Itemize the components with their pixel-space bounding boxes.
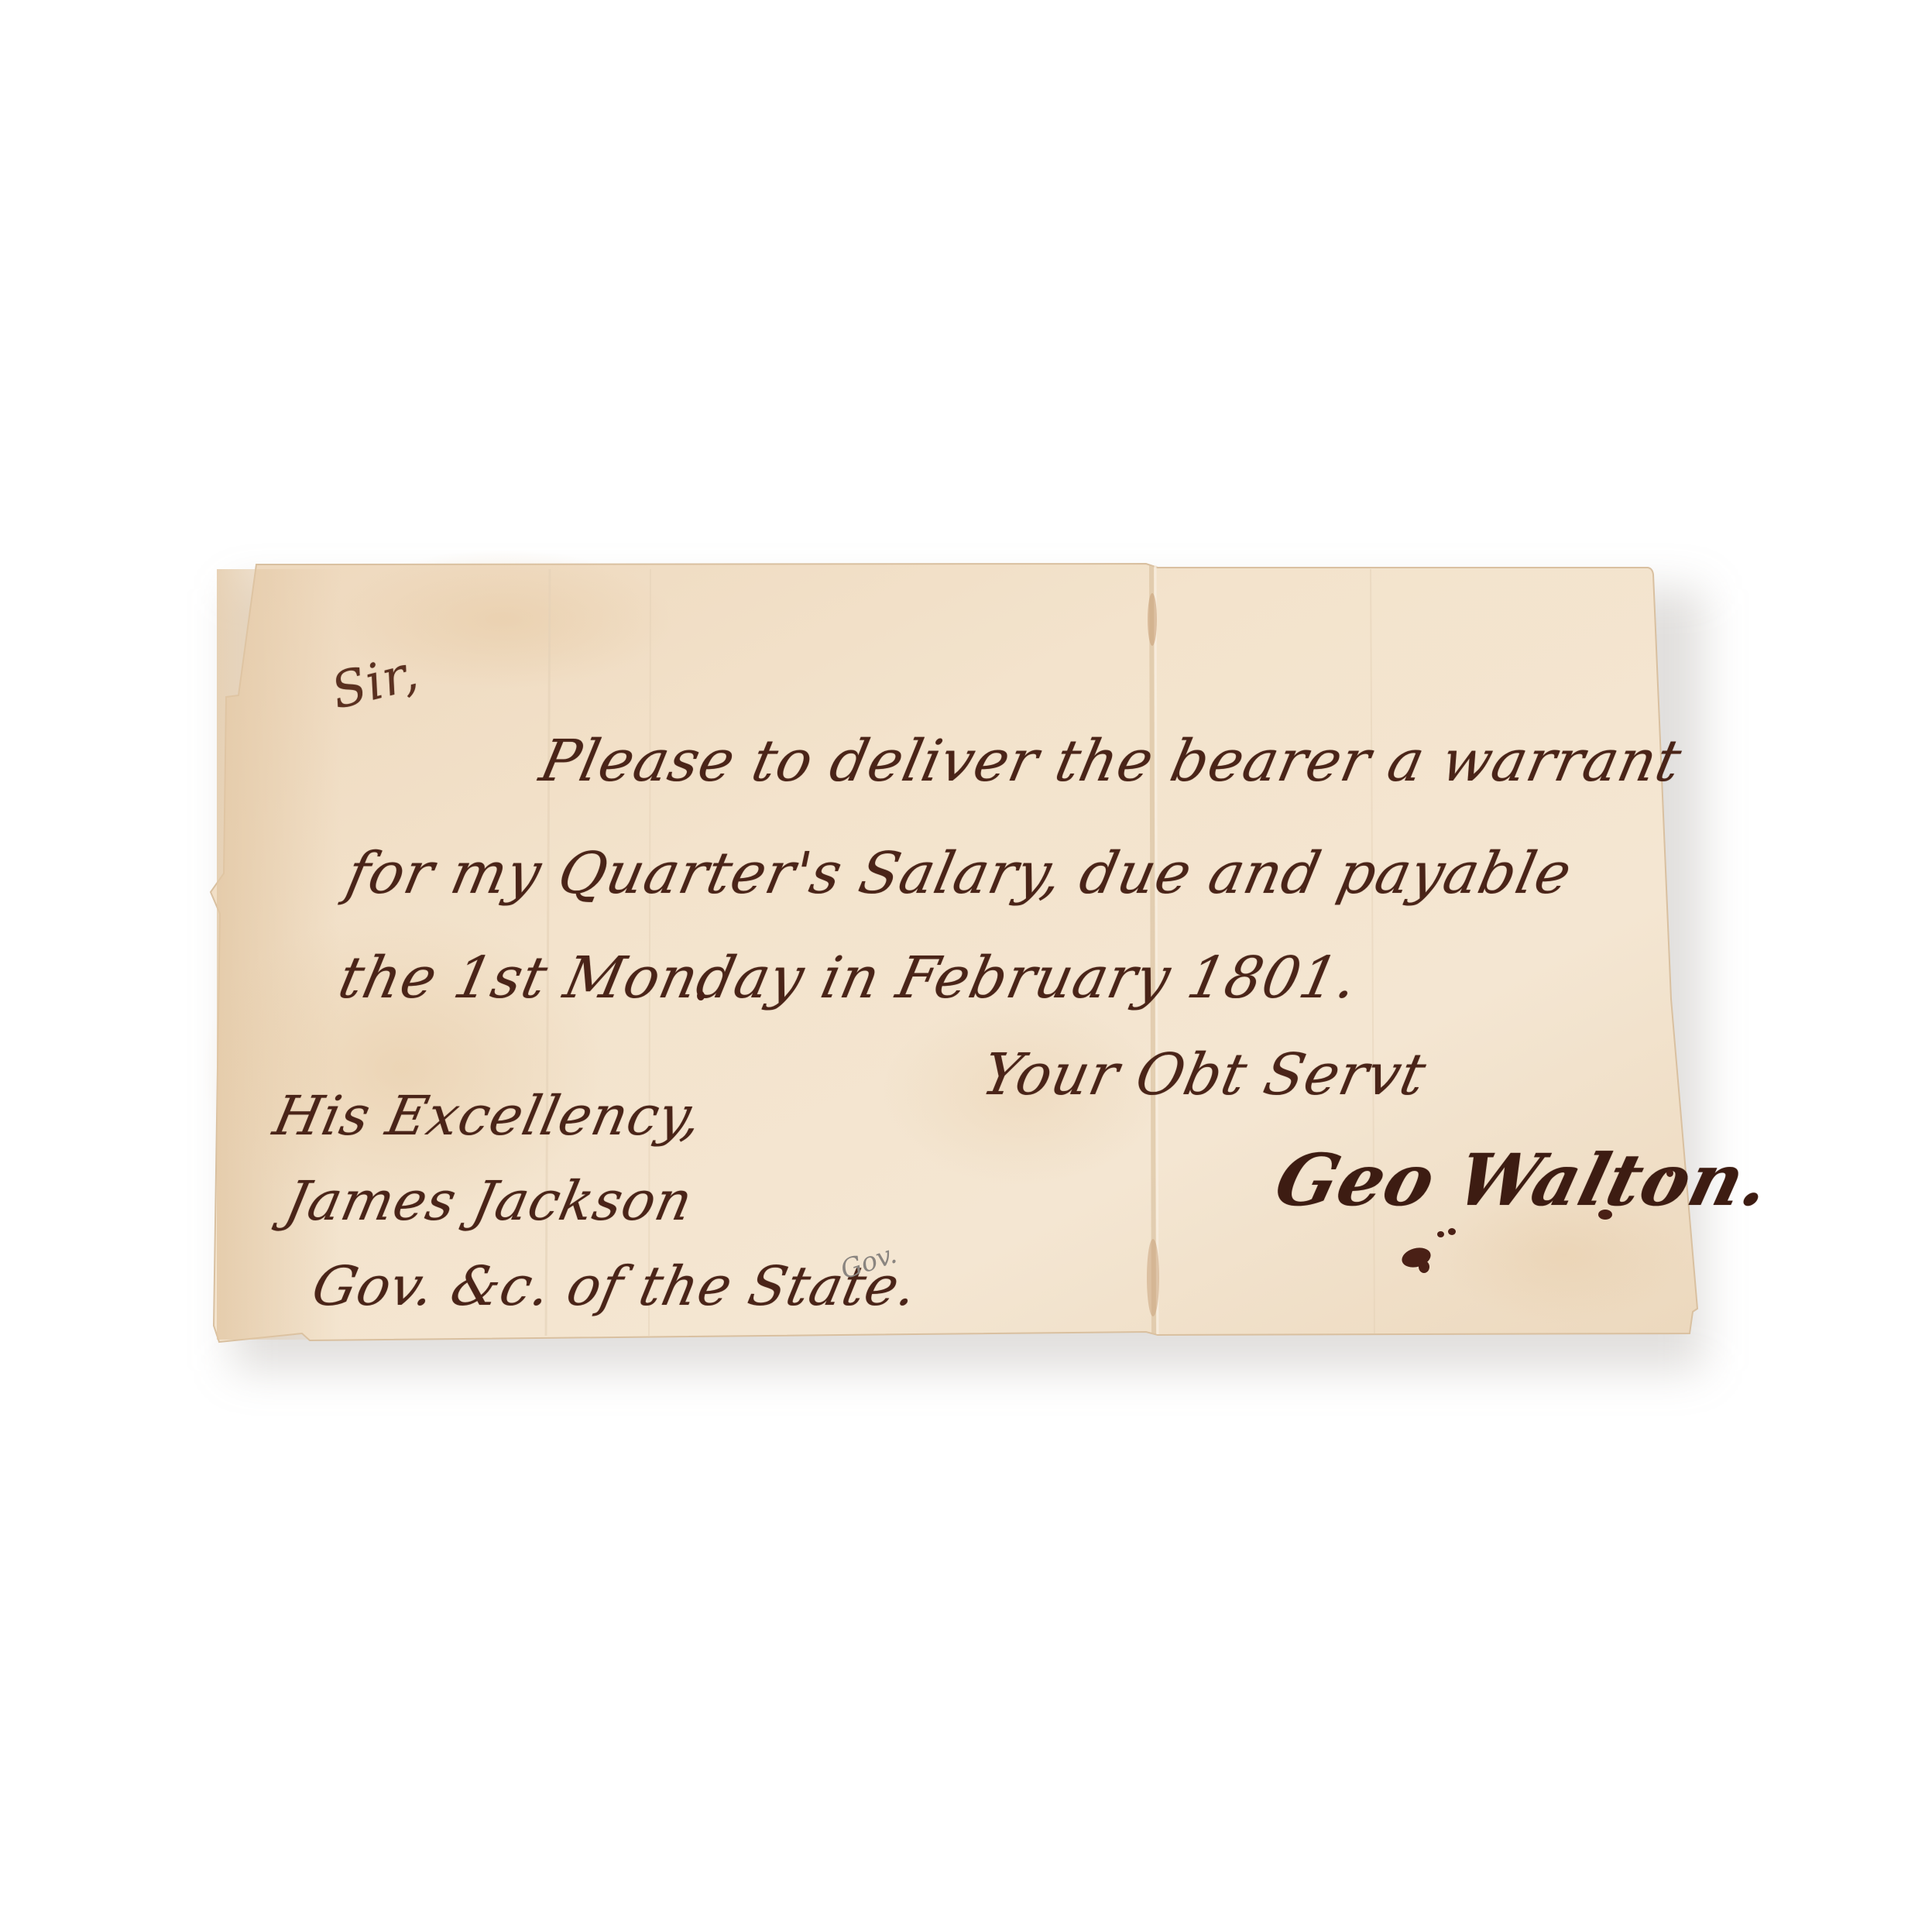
addressee-line-2: James Jackson xyxy=(280,1169,698,1233)
ink-blot xyxy=(1419,1261,1429,1273)
addressee-line-1: His Excellency, xyxy=(268,1084,708,1148)
letter-body-line-3: the 1st Monday in February 1801. xyxy=(333,945,1364,1011)
letter-body-line-2: for my Quarter's Salary, due and payable xyxy=(341,840,1577,907)
ink-blot xyxy=(1598,1210,1612,1220)
letter-body-line-1: Please to deliver the bearer a warrant xyxy=(534,728,1687,794)
ink-blot xyxy=(1666,1169,1673,1177)
ink-blot xyxy=(697,991,705,1000)
photo-backdrop: Sir, Please to deliver the bearer a warr… xyxy=(0,0,1932,1932)
letter-closing: Your Obt Servt xyxy=(976,1041,1433,1108)
ink-blot xyxy=(1448,1228,1456,1235)
letter-signature: Geo Walton. xyxy=(1268,1138,1779,1222)
addressee-line-3: Gov. &c. of the State. xyxy=(307,1254,923,1318)
ink-blot xyxy=(1437,1231,1444,1237)
